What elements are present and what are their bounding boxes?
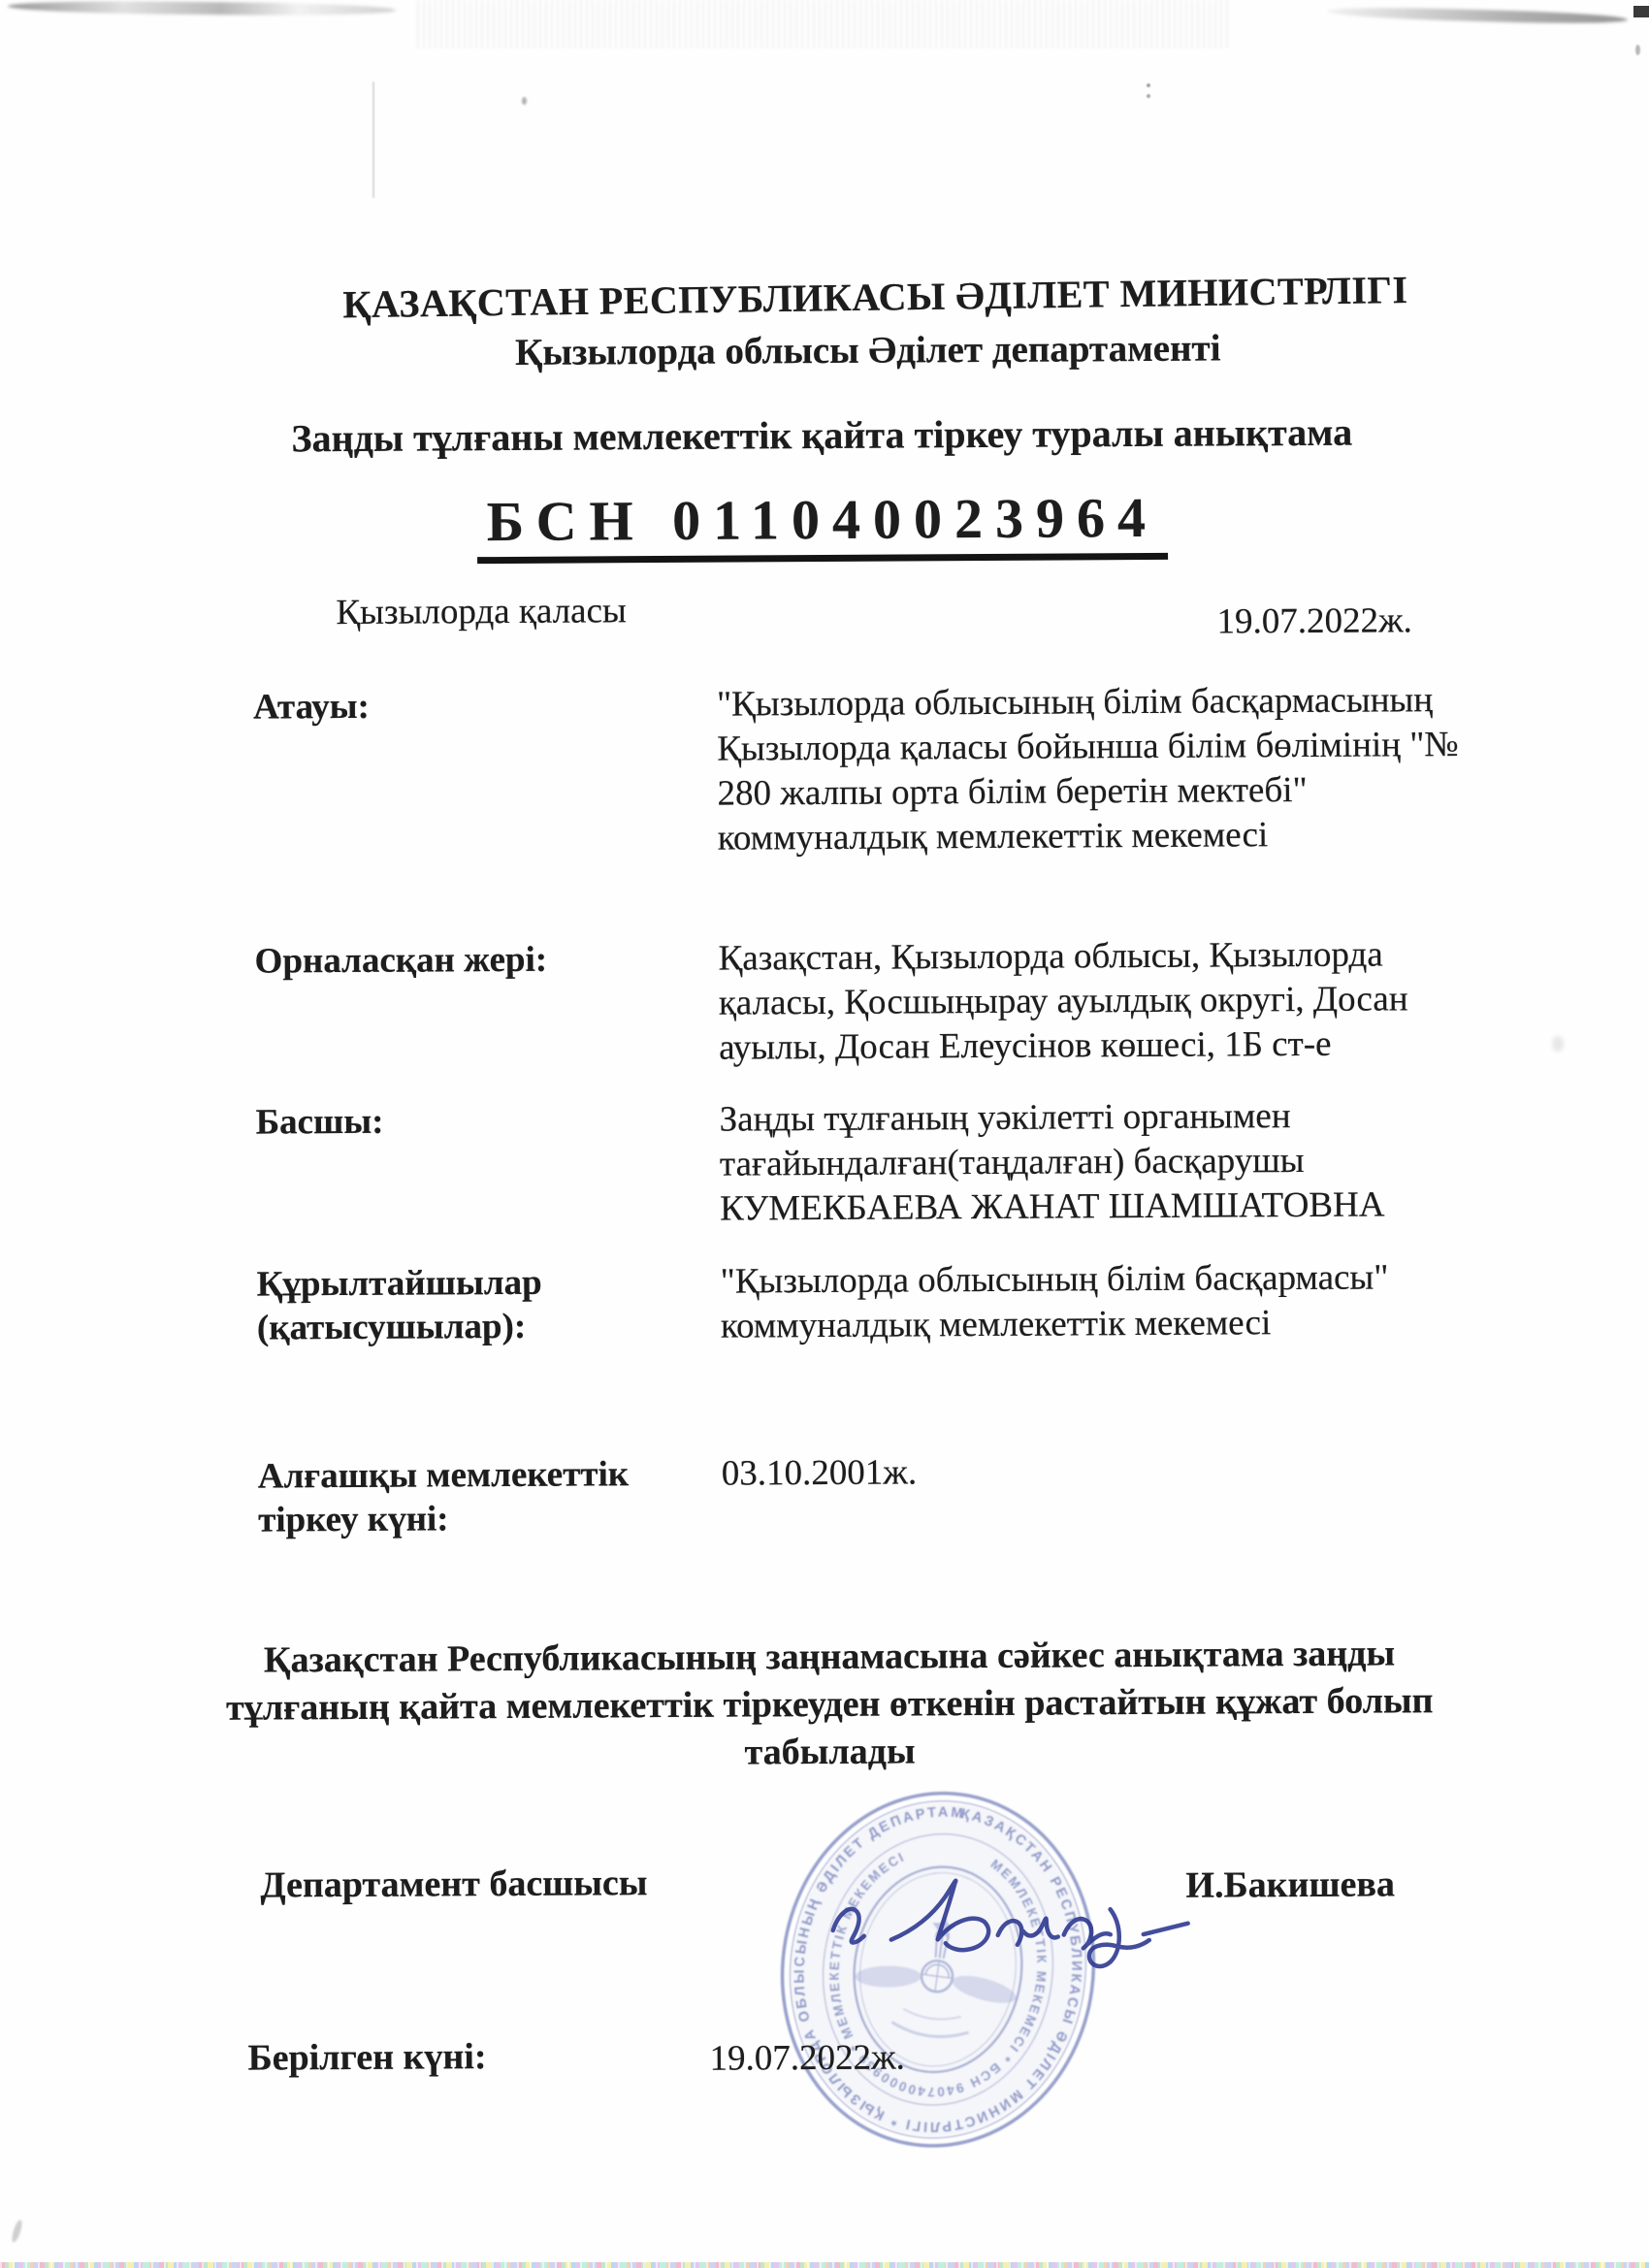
issue-city: Қызылорда қаласы [336, 590, 627, 633]
statement-line: Қазақстан Республикасының заңнамасына сә… [150, 1630, 1508, 1686]
legal-statement: Қазақстан Республикасының заңнамасына сә… [150, 1630, 1509, 1781]
field-value: "Қызылорда облысының білім басқармасы" к… [721, 1255, 1517, 1349]
issued-date-label: Берілген күні: [247, 2035, 486, 2080]
field-row-founders: Құрылтайшылар (қатысушылар): "Қызылорда … [257, 1255, 1517, 1352]
scanned-certificate-page: ҚАЗАҚСТАН РЕСПУБЛИКАСЫ ӘДІЛЕТ МИНИСТРЛІГ… [0, 0, 1649, 2268]
value-line: тағайындалған(таңдалған) басқарушы [720, 1138, 1515, 1187]
field-value: "Қызылорда облысының білім басқармасының… [717, 678, 1513, 861]
value-line: КУМЕКБАЕВА ЖАНАТ ШАМШАТОВНА [720, 1183, 1515, 1232]
field-label: Орналасқан жері: [254, 937, 719, 1074]
value-line: 03.10.2001ж. [722, 1447, 1517, 1497]
field-row-first-registration: Алғашқы мемлекеттік тіркеу күні: 03.10.2… [258, 1447, 1518, 1542]
field-row-name: Атауы: "Қызылорда облысының білім басқар… [253, 678, 1513, 864]
document-title: Заңды тұлғаны мемлекеттік қайта тіркеу т… [0, 407, 1646, 463]
field-row-head: Басшы: Заңды тұлғаның уәкілетті органыме… [255, 1093, 1515, 1235]
value-line: Заңды тұлғаның уәкілетті органымен [719, 1093, 1514, 1143]
value-line: Қазақстан, Қызылорда облысы, Қызылорда [718, 932, 1513, 982]
value-line: "Қызылорда облысының білім басқармасының [717, 678, 1512, 728]
document-content: ҚАЗАҚСТАН РЕСПУБЛИКАСЫ ӘДІЛЕТ МИНИСТРЛІГ… [0, 0, 1649, 2268]
field-value: Заңды тұлғаның уәкілетті органымен тағай… [719, 1093, 1515, 1232]
director-signature [807, 1853, 1196, 1981]
field-label: Құрылтайшылар (қатысушылар): [257, 1260, 722, 1352]
value-line: Қызылорда қаласы бойынша білім бөлімінің… [717, 723, 1512, 772]
field-label: Атауы: [253, 683, 718, 864]
position-label: Департамент басшысы [260, 1862, 647, 1906]
value-line: 280 жалпы орта білім беретін мектебі" [717, 767, 1512, 817]
value-line: "Қызылорда облысының білім басқармасы" [721, 1255, 1516, 1305]
issue-date: 19.07.2022ж. [1216, 599, 1412, 642]
field-row-location: Орналасқан жері: Қазақстан, Қызылорда об… [254, 932, 1514, 1074]
value-line: коммуналдық мемлекеттік мекемесі [721, 1300, 1516, 1349]
field-value: Қазақстан, Қызылорда облысы, Қызылорда қ… [718, 932, 1514, 1071]
issued-date-value: 19.07.2022ж. [709, 2037, 905, 2080]
department-subtitle: Қызылорда облысы Әділет департаменті [44, 324, 1649, 377]
value-line: ауылы, Досан Елеусінов көшесі, 1Б ст-е [719, 1021, 1514, 1071]
statement-line: тұлғаның қайта мемлекеттік тіркеуден өтк… [150, 1677, 1508, 1733]
field-label: Алғашқы мемлекеттік тіркеу күні: [258, 1452, 723, 1542]
field-label: Басшы: [255, 1098, 720, 1235]
value-line: коммуналдық мемлекеттік мекемесі [718, 812, 1513, 861]
signer-name: И.Бакишева [1185, 1863, 1395, 1906]
field-value: 03.10.2001ж. [722, 1447, 1518, 1539]
scan-edge-noise-strip [0, 2262, 1649, 2268]
bin-number: БСН 011040023964 [477, 485, 1169, 564]
bin-heading: БСН 011040023964 [0, 482, 1647, 567]
ministry-title: ҚАЗАҚСТАН РЕСПУБЛИКАСЫ ӘДІЛЕТ МИНИСТРЛІГ… [50, 263, 1649, 332]
value-line: қаласы, Қосшыңырау ауылдық округі, Досан [719, 977, 1514, 1026]
